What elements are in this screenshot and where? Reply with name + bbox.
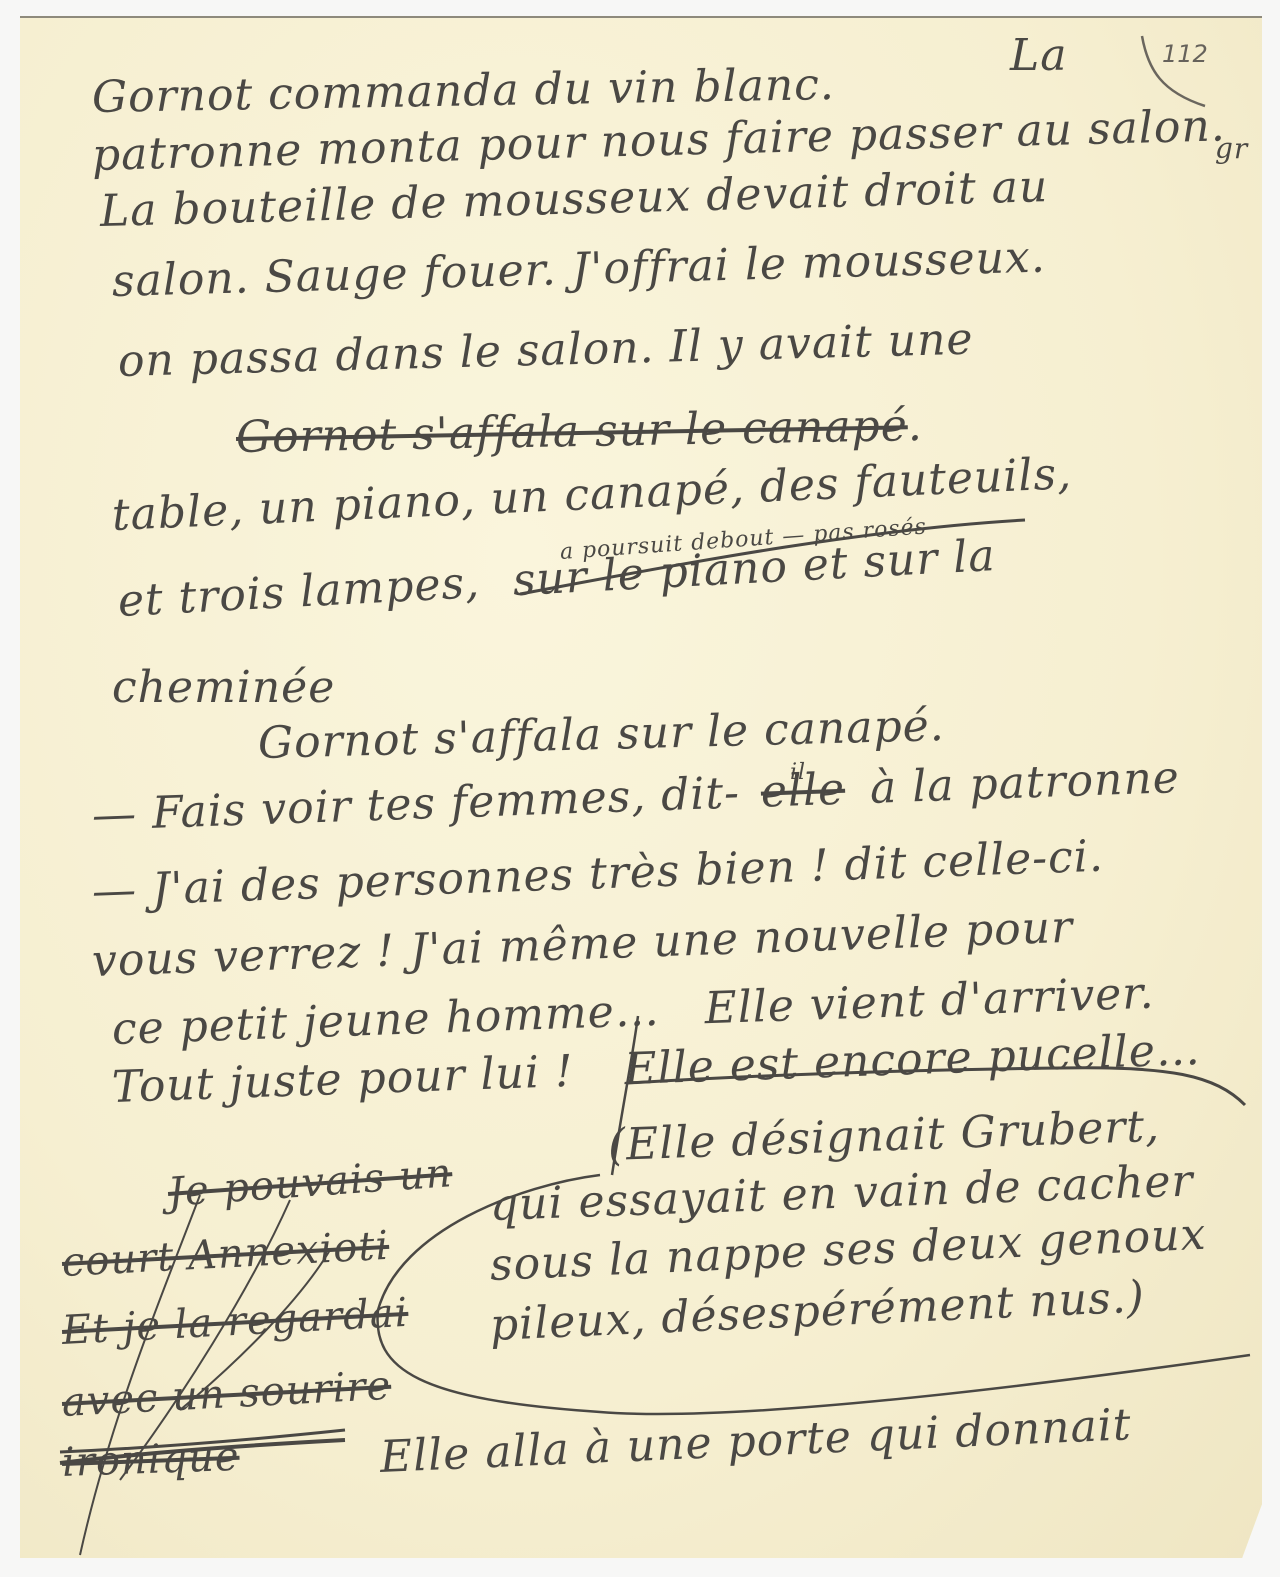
margin-struck-5: ironique <box>61 1434 240 1486</box>
manuscript-line-8: cheminée <box>112 662 335 713</box>
folio-number: 112 <box>1162 40 1208 68</box>
line-10-part-b: à la patronne <box>869 752 1180 814</box>
manuscript-line-1-end: La <box>1010 30 1067 81</box>
line-10-struck: elle <box>760 764 846 818</box>
margin-mark: gr <box>1215 132 1248 165</box>
struck-text-period: . <box>907 400 923 451</box>
